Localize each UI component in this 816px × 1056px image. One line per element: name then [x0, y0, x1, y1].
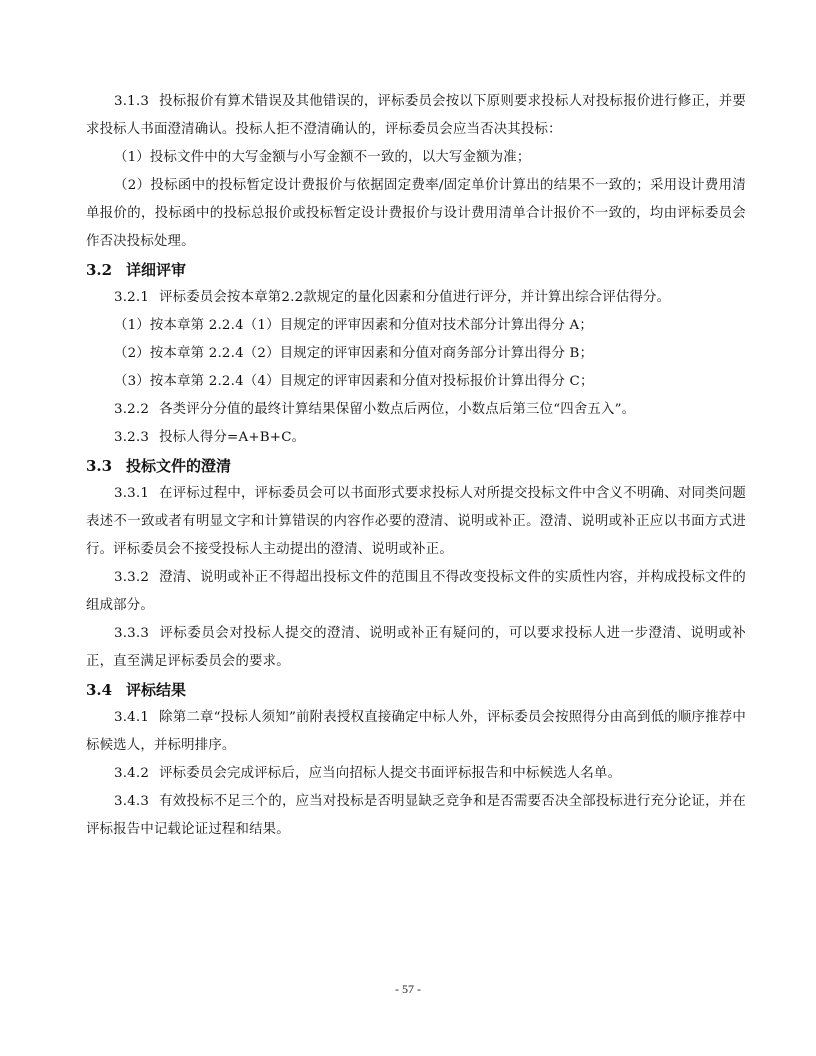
clause-text: 评标委员会完成评标后，应当向招标人提交书面评标报告和中标候选人名单。 [159, 766, 621, 781]
clause-text: 有效投标不足三个的，应当对投标是否明显缺乏竞争和是否需要否决全部投标进行充分论证… [86, 794, 746, 837]
section-title: 详细评审 [126, 261, 186, 279]
section-number: 3.4 [86, 676, 126, 704]
list-item: （1）投标文件中的大写金额与小写金额不一致的，以大写金额为准； [86, 144, 746, 172]
clause-number: 3.4.2 [114, 766, 149, 781]
paragraph-3-2-2: 3.2.2各类评分分值的最终计算结果保留小数点后两位，小数点后第三位“四舍五入”… [86, 396, 746, 424]
clause-text: 评标委员会按本章第2.2款规定的量化因素和分值进行评分，并计算出综合评估得分。 [159, 290, 670, 305]
clause-number: 3.2.1 [114, 290, 149, 305]
paragraph-3-2-1: 3.2.1评标委员会按本章第2.2款规定的量化因素和分值进行评分，并计算出综合评… [86, 284, 746, 312]
paragraph-3-4-1: 3.4.1除第二章“投标人须知”前附表授权直接确定中标人外，评标委员会按照得分由… [86, 704, 746, 760]
paragraph-3-3-3: 3.3.3评标委员会对投标人提交的澄清、说明或补正有疑问的，可以要求投标人进一步… [86, 620, 746, 676]
paragraph-3-2-3: 3.2.3投标人得分=A+B+C。 [86, 424, 746, 452]
section-heading-3-3: 3.3投标文件的澄清 [86, 452, 746, 480]
clause-text: 投标人得分=A+B+C。 [159, 430, 305, 445]
list-item: （2）投标函中的投标暂定设计费报价与依据固定费率/固定单价计算出的结果不一致的；… [86, 172, 746, 256]
clause-number: 3.3.2 [114, 570, 149, 585]
section-title: 评标结果 [126, 681, 186, 699]
clause-number: 3.1.3 [114, 94, 149, 109]
section-number: 3.3 [86, 452, 126, 480]
clause-text: 澄清、说明或补正不得超出投标文件的范围且不得改变投标文件的实质性内容，并构成投标… [86, 570, 746, 613]
clause-number: 3.3.1 [114, 486, 149, 501]
paragraph-3-3-2: 3.3.2澄清、说明或补正不得超出投标文件的范围且不得改变投标文件的实质性内容，… [86, 564, 746, 620]
list-item: （3）按本章第 2.2.4（4）目规定的评审因素和分值对投标报价计算出得分 C； [86, 368, 746, 396]
paragraph-3-4-2: 3.4.2评标委员会完成评标后，应当向招标人提交书面评标报告和中标候选人名单。 [86, 760, 746, 788]
section-number: 3.2 [86, 256, 126, 284]
section-heading-3-4: 3.4评标结果 [86, 676, 746, 704]
section-heading-3-2: 3.2详细评审 [86, 256, 746, 284]
clause-text: 投标报价有算术错误及其他错误的，评标委员会按以下原则要求投标人对投标报价进行修正… [86, 94, 746, 137]
clause-number: 3.4.1 [114, 710, 149, 725]
clause-number: 3.4.3 [114, 794, 149, 809]
clause-text: 评标委员会对投标人提交的澄清、说明或补正有疑问的，可以要求投标人进一步澄清、说明… [86, 626, 746, 669]
clause-text: 除第二章“投标人须知”前附表授权直接确定中标人外，评标委员会按照得分由高到低的顺… [86, 710, 746, 753]
clause-text: 在评标过程中，评标委员会可以书面形式要求投标人对所提交投标文件中含义不明确、对同… [86, 486, 746, 557]
paragraph-3-1-3: 3.1.3投标报价有算术错误及其他错误的，评标委员会按以下原则要求投标人对投标报… [86, 88, 746, 144]
clause-number: 3.2.2 [114, 402, 149, 417]
clause-number: 3.3.3 [114, 626, 149, 641]
section-title: 投标文件的澄清 [126, 457, 231, 475]
list-item: （1）按本章第 2.2.4（1）目规定的评审因素和分值对技术部分计算出得分 A； [86, 312, 746, 340]
paragraph-3-3-1: 3.3.1在评标过程中，评标委员会可以书面形式要求投标人对所提交投标文件中含义不… [86, 480, 746, 564]
document-page: 3.1.3投标报价有算术错误及其他错误的，评标委员会按以下原则要求投标人对投标报… [86, 88, 746, 844]
paragraph-3-4-3: 3.4.3有效投标不足三个的，应当对投标是否明显缺乏竞争和是否需要否决全部投标进… [86, 788, 746, 844]
page-number: - 57 - [0, 982, 816, 997]
clause-text: 各类评分分值的最终计算结果保留小数点后两位，小数点后第三位“四舍五入”。 [159, 402, 635, 417]
list-item: （2）按本章第 2.2.4（2）目规定的评审因素和分值对商务部分计算出得分 B； [86, 340, 746, 368]
clause-number: 3.2.3 [114, 430, 149, 445]
